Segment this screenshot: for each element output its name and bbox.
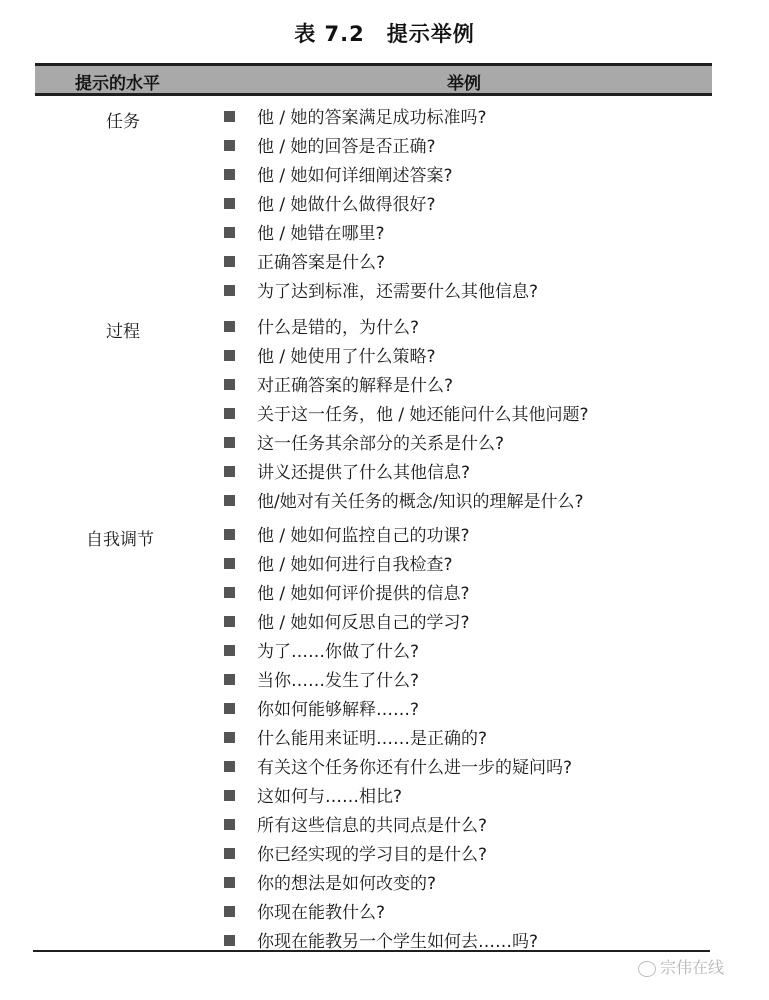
square-bullet-icon [224,906,235,917]
watermark: 宗伟在线 [638,955,724,978]
list-item: 对正确答案的解释是什么? [224,372,589,401]
list-item: 这一任务其余部分的关系是什么? [224,430,589,459]
square-bullet-icon [224,111,235,122]
square-bullet-icon [224,761,235,772]
square-bullet-icon [224,877,235,888]
list-item: 你已经实现的学习目的是什么? [224,841,572,870]
square-bullet-icon [224,529,235,540]
square-bullet-icon [224,495,235,506]
list-item: 他 / 她错在哪里? [224,220,538,249]
list-item: 为了达到标准，还需要什么其他信息? [224,278,538,307]
watermark-text: 宗伟在线 [660,958,724,977]
list-item: 他 / 她如何监控自己的功课? [224,522,572,551]
square-bullet-icon [224,285,235,296]
example-list: 他 / 她如何监控自己的功课? 他 / 她如何进行自我检查? 他 / 她如何评价… [224,522,572,957]
list-item: 他 / 她如何进行自我检查? [224,551,572,580]
list-item: 所有这些信息的共同点是什么? [224,812,572,841]
table-bottom-rule [33,950,710,952]
list-item: 当你……发生了什么? [224,667,572,696]
example-list: 什么是错的，为什么? 他 / 她使用了什么策略? 对正确答案的解释是什么? 关于… [224,314,589,517]
wechat-icon [638,961,656,977]
square-bullet-icon [224,558,235,569]
list-item: 为了……你做了什么? [224,638,572,667]
square-bullet-icon [224,674,235,685]
square-bullet-icon [224,198,235,209]
square-bullet-icon [224,616,235,627]
table-caption: 提示举例 [387,22,475,46]
square-bullet-icon [224,379,235,390]
list-item: 他 / 她做什么做得很好? [224,191,538,220]
list-item: 你现在能教什么? [224,899,572,928]
level-label: 过程 [106,317,140,342]
list-item: 他 / 她的回答是否正确? [224,133,538,162]
list-item: 他 / 她如何评价提供的信息? [224,580,572,609]
square-bullet-icon [224,587,235,598]
square-bullet-icon [224,848,235,859]
list-item: 什么能用来证明……是正确的? [224,725,572,754]
square-bullet-icon [224,256,235,267]
list-item: 讲义还提供了什么其他信息? [224,459,589,488]
list-item: 关于这一任务，他 / 她还能问什么其他问题? [224,401,589,430]
square-bullet-icon [224,227,235,238]
square-bullet-icon [224,703,235,714]
header-level: 提示的水平 [75,69,160,94]
list-item: 有关这个任务你还有什么进一步的疑问吗? [224,754,572,783]
list-item: 他 / 她的答案满足成功标准吗? [224,104,538,133]
square-bullet-icon [224,408,235,419]
list-item: 正确答案是什么? [224,249,538,278]
list-item: 这如何与……相比? [224,783,572,812]
level-label: 自我调节 [86,525,154,550]
square-bullet-icon [224,140,235,151]
square-bullet-icon [224,321,235,332]
list-item: 他 / 她使用了什么策略? [224,343,589,372]
square-bullet-icon [224,645,235,656]
table-header: 提示的水平 举例 [35,63,712,96]
square-bullet-icon [224,790,235,801]
header-examples: 举例 [447,69,481,94]
square-bullet-icon [224,169,235,180]
table-number: 表 7.2 [294,22,365,46]
list-item: 他 / 她如何详细阐述答案? [224,162,538,191]
list-item: 他 / 她如何反思自己的学习? [224,609,572,638]
list-item: 他/她对有关任务的概念/知识的理解是什么? [224,488,589,517]
square-bullet-icon [224,732,235,743]
list-item: 你如何能够解释……? [224,696,572,725]
list-item: 什么是错的，为什么? [224,314,589,343]
square-bullet-icon [224,466,235,477]
table-title: 表 7.2提示举例 [0,18,769,48]
list-item: 你的想法是如何改变的? [224,870,572,899]
level-label: 任务 [106,107,140,132]
square-bullet-icon [224,935,235,946]
list-item: 你现在能教另一个学生如何去……吗? [224,928,572,957]
square-bullet-icon [224,819,235,830]
example-list: 他 / 她的答案满足成功标准吗? 他 / 她的回答是否正确? 他 / 她如何详细… [224,104,538,307]
square-bullet-icon [224,350,235,361]
square-bullet-icon [224,437,235,448]
